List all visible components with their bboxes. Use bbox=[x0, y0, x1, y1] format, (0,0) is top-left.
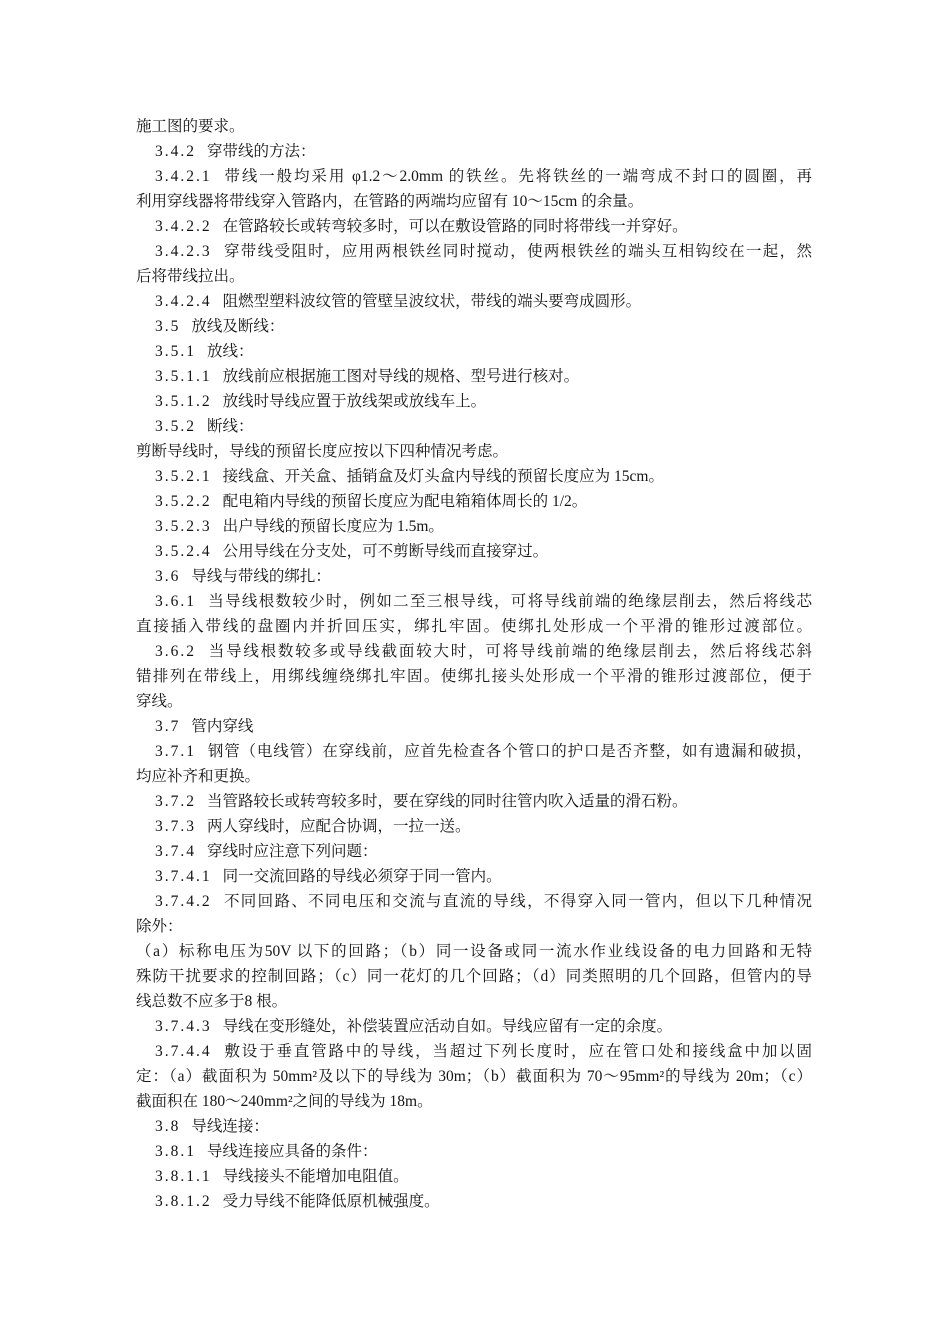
clause-number: 3.5.2.3 bbox=[155, 518, 212, 535]
clause-number: 3.7.4.3 bbox=[155, 1018, 212, 1035]
clause-number: 3.8.1.2 bbox=[155, 1193, 212, 1210]
document-content: 施工图的要求。3.4.2穿带线的方法：3.4.2.1带线一般均采用 φ1.2～2… bbox=[136, 114, 812, 1214]
clause-text: 穿线。 bbox=[136, 693, 183, 710]
document-line-numbered: 3.8.1.1导线接头不能增加电阻值。 bbox=[136, 1164, 812, 1189]
clause-text: 截面积在 180～240mm²之间的导线为 18m。 bbox=[136, 1093, 433, 1110]
clause-number: 3.4.2.3 bbox=[155, 243, 212, 260]
document-line-numbered: 3.5.2断线： bbox=[136, 414, 812, 439]
document-line: 殊防干扰要求的控制回路；（c）同一花灯的几个回路；（d）同类照明的几个回路，但管… bbox=[136, 964, 812, 989]
document-line-numbered: 3.5.2.4公用导线在分支处，可不剪断导线而直接穿过。 bbox=[136, 539, 812, 564]
clause-text: 直接插入带线的盘圈内并折回压实，绑扎牢固。使绑扎处形成一个平滑的锥形过渡部位。 bbox=[136, 618, 812, 635]
clause-text: 后将带线拉出。 bbox=[136, 268, 245, 285]
clause-text: 穿线时应注意下列问题： bbox=[207, 843, 378, 860]
document-page: 施工图的要求。3.4.2穿带线的方法：3.4.2.1带线一般均采用 φ1.2～2… bbox=[0, 0, 950, 1344]
clause-number: 3.5.2.4 bbox=[155, 543, 212, 560]
clause-text: 导线连接： bbox=[191, 1118, 269, 1135]
document-line-numbered: 3.6.1当导线根数较少时，例如二至三根导线，可将导线前端的绝缘层削去，然后将线… bbox=[136, 589, 812, 614]
document-line-numbered: 3.4.2.4阻燃型塑料波纹管的管壁呈波纹状，带线的端头要弯成圆形。 bbox=[136, 289, 812, 314]
clause-number: 3.5.2.2 bbox=[155, 493, 212, 510]
clause-text: 穿带线的方法： bbox=[207, 143, 316, 160]
document-line-numbered: 3.5.1放线： bbox=[136, 339, 812, 364]
clause-text: 当导线根数较少时，例如二至三根导线，可将导线前端的绝缘层削去，然后将线芯 bbox=[207, 593, 812, 610]
clause-number: 3.5.2.1 bbox=[155, 468, 212, 485]
document-line-numbered: 3.8.1.2受力导线不能降低原机械强度。 bbox=[136, 1189, 812, 1214]
clause-number: 3.8.1.1 bbox=[155, 1168, 212, 1185]
clause-text: 线总数不应多于8 根。 bbox=[136, 993, 287, 1010]
clause-number: 3.7.4.1 bbox=[155, 868, 212, 885]
clause-text: 断线： bbox=[207, 418, 254, 435]
clause-number: 3.7.3 bbox=[155, 818, 196, 835]
document-line: 直接插入带线的盘圈内并折回压实，绑扎牢固。使绑扎处形成一个平滑的锥形过渡部位。 bbox=[136, 614, 812, 639]
clause-text: 利用穿线器将带线穿入管路内，在管路的两端均应留有 10～15cm 的余量。 bbox=[136, 193, 643, 210]
document-line: 截面积在 180～240mm²之间的导线为 18m。 bbox=[136, 1089, 812, 1114]
clause-number: 3.5.2 bbox=[155, 418, 196, 435]
clause-text: 敷设于垂直管路中的导线，当超过下列长度时，应在管口处和接线盒中加以固 bbox=[223, 1043, 812, 1060]
clause-number: 3.8 bbox=[155, 1118, 180, 1135]
document-line-numbered: 3.4.2.1带线一般均采用 φ1.2～2.0mm 的铁丝。先将铁丝的一端弯成不… bbox=[136, 164, 812, 189]
clause-number: 3.4.2.4 bbox=[155, 293, 212, 310]
clause-text: 阻燃型塑料波纹管的管壁呈波纹状，带线的端头要弯成圆形。 bbox=[223, 293, 642, 310]
document-line-numbered: 3.5放线及断线： bbox=[136, 314, 812, 339]
document-line-numbered: 3.8导线连接： bbox=[136, 1114, 812, 1139]
document-line: 定：（a）截面积为 50mm²及以下的导线为 30m；（b）截面积为 70～95… bbox=[136, 1064, 812, 1089]
clause-text: 导线接头不能增加电阻值。 bbox=[223, 1168, 409, 1185]
clause-number: 3.7.4.2 bbox=[155, 893, 212, 910]
clause-number: 3.6.2 bbox=[155, 643, 196, 660]
document-line-numbered: 3.5.2.2配电箱内导线的预留长度应为配电箱箱体周长的 1/2。 bbox=[136, 489, 812, 514]
clause-text: 受力导线不能降低原机械强度。 bbox=[223, 1193, 440, 1210]
clause-text: 导线在变形缝处，补偿装置应活动自如。导线应留有一定的余度。 bbox=[223, 1018, 673, 1035]
clause-text: 管内穿线 bbox=[191, 718, 253, 735]
document-line-numbered: 3.5.2.1接线盒、开关盒、插销盒及灯头盒内导线的预留长度应为 15cm。 bbox=[136, 464, 812, 489]
clause-number: 3.7.2 bbox=[155, 793, 196, 810]
clause-text: 带线一般均采用 φ1.2～2.0mm 的铁丝。先将铁丝的一端弯成不封口的圆圈，再 bbox=[223, 168, 812, 185]
clause-text: 同一交流回路的导线必须穿于同一管内。 bbox=[223, 868, 502, 885]
clause-text: 出户导线的预留长度应为 1.5m。 bbox=[223, 518, 444, 535]
document-line: 剪断导线时，导线的预留长度应按以下四种情况考虑。 bbox=[136, 439, 812, 464]
clause-text: 公用导线在分支处，可不剪断导线而直接穿过。 bbox=[223, 543, 549, 560]
document-line-numbered: 3.4.2.3穿带线受阻时，应用两根铁丝同时搅动，使两根铁丝的端头互相钩绞在一起… bbox=[136, 239, 812, 264]
clause-text: 穿带线受阻时，应用两根铁丝同时搅动，使两根铁丝的端头互相钩绞在一起，然 bbox=[223, 243, 812, 260]
document-line-numbered: 3.5.2.3出户导线的预留长度应为 1.5m。 bbox=[136, 514, 812, 539]
document-line-numbered: 3.7.4.1同一交流回路的导线必须穿于同一管内。 bbox=[136, 864, 812, 889]
clause-number: 3.7.4.4 bbox=[155, 1043, 212, 1060]
clause-number: 3.5.1.1 bbox=[155, 368, 212, 385]
clause-number: 3.5 bbox=[155, 318, 180, 335]
clause-number: 3.6.1 bbox=[155, 593, 196, 610]
document-line: 后将带线拉出。 bbox=[136, 264, 812, 289]
document-line-numbered: 3.7.4.3导线在变形缝处，补偿装置应活动自如。导线应留有一定的余度。 bbox=[136, 1014, 812, 1039]
clause-number: 3.4.2 bbox=[155, 143, 196, 160]
clause-text: 殊防干扰要求的控制回路；（c）同一花灯的几个回路；（d）同类照明的几个回路，但管… bbox=[136, 968, 812, 985]
clause-text: 错排列在带线上，用绑线缠绕绑扎牢固。使绑扎接头处形成一个平滑的锥形过渡部位，便于 bbox=[136, 668, 812, 685]
clause-number: 3.6 bbox=[155, 568, 180, 585]
clause-text: 放线时导线应置于放线架或放线车上。 bbox=[223, 393, 487, 410]
document-line-numbered: 3.7管内穿线 bbox=[136, 714, 812, 739]
document-line: 错排列在带线上，用绑线缠绕绑扎牢固。使绑扎接头处形成一个平滑的锥形过渡部位，便于 bbox=[136, 664, 812, 689]
clause-text: 导线连接应具备的条件： bbox=[207, 1143, 378, 1160]
clause-text: （a）标称电压为50V 以下的回路；（b）同一设备或同一流水作业线设备的电力回路… bbox=[136, 943, 812, 960]
document-line-numbered: 3.7.2当管路较长或转弯较多时，要在穿线的同时往管内吹入适量的滑石粉。 bbox=[136, 789, 812, 814]
clause-text: 放线及断线： bbox=[191, 318, 284, 335]
document-line-numbered: 3.5.1.2放线时导线应置于放线架或放线车上。 bbox=[136, 389, 812, 414]
document-line-numbered: 3.7.1钢管（电线管）在穿线前，应首先检查各个管口的护口是否齐整，如有遗漏和破… bbox=[136, 739, 812, 764]
document-line-numbered: 3.7.4.4敷设于垂直管路中的导线，当超过下列长度时，应在管口处和接线盒中加以… bbox=[136, 1039, 812, 1064]
clause-number: 3.5.1.2 bbox=[155, 393, 212, 410]
document-line-numbered: 3.4.2.2在管路较长或转弯较多时，可以在敷设管路的同时将带线一并穿好。 bbox=[136, 214, 812, 239]
clause-text: 在管路较长或转弯较多时，可以在敷设管路的同时将带线一并穿好。 bbox=[223, 218, 688, 235]
clause-number: 3.7 bbox=[155, 718, 180, 735]
clause-text: 钢管（电线管）在穿线前，应首先检查各个管口的护口是否齐整，如有遗漏和破损， bbox=[207, 743, 812, 760]
clause-text: 定：（a）截面积为 50mm²及以下的导线为 30m；（b）截面积为 70～95… bbox=[136, 1068, 812, 1085]
clause-text: 当导线根数较多或导线截面较大时，可将导线前端的绝缘层削去，然后将线芯斜 bbox=[207, 643, 812, 660]
document-line: 均应补齐和更换。 bbox=[136, 764, 812, 789]
clause-text: 施工图的要求。 bbox=[136, 118, 245, 135]
clause-text: 除外： bbox=[136, 918, 183, 935]
clause-text: 放线： bbox=[207, 343, 254, 360]
document-line: （a）标称电压为50V 以下的回路；（b）同一设备或同一流水作业线设备的电力回路… bbox=[136, 939, 812, 964]
clause-text: 配电箱内导线的预留长度应为配电箱箱体周长的 1/2。 bbox=[223, 493, 588, 510]
document-line-numbered: 3.7.4.2不同回路、不同电压和交流与直流的导线，不得穿入同一管内，但以下几种… bbox=[136, 889, 812, 914]
document-line: 线总数不应多于8 根。 bbox=[136, 989, 812, 1014]
clause-text: 不同回路、不同电压和交流与直流的导线，不得穿入同一管内，但以下几种情况 bbox=[223, 893, 812, 910]
document-line: 穿线。 bbox=[136, 689, 812, 714]
document-line-numbered: 3.6.2当导线根数较多或导线截面较大时，可将导线前端的绝缘层削去，然后将线芯斜 bbox=[136, 639, 812, 664]
document-line-numbered: 3.7.3两人穿线时，应配合协调，一拉一送。 bbox=[136, 814, 812, 839]
clause-text: 放线前应根据施工图对导线的规格、型号进行核对。 bbox=[223, 368, 580, 385]
clause-text: 两人穿线时，应配合协调，一拉一送。 bbox=[207, 818, 471, 835]
document-line-numbered: 3.8.1导线连接应具备的条件： bbox=[136, 1139, 812, 1164]
document-line-numbered: 3.4.2穿带线的方法： bbox=[136, 139, 812, 164]
document-line: 施工图的要求。 bbox=[136, 114, 812, 139]
clause-text: 当管路较长或转弯较多时，要在穿线的同时往管内吹入适量的滑石粉。 bbox=[207, 793, 688, 810]
clause-text: 均应补齐和更换。 bbox=[136, 768, 260, 785]
clause-number: 3.4.2.2 bbox=[155, 218, 212, 235]
clause-text: 接线盒、开关盒、插销盒及灯头盒内导线的预留长度应为 15cm。 bbox=[223, 468, 664, 485]
clause-text: 导线与带线的绑扎： bbox=[191, 568, 331, 585]
document-line-numbered: 3.5.1.1放线前应根据施工图对导线的规格、型号进行核对。 bbox=[136, 364, 812, 389]
document-line-numbered: 3.6导线与带线的绑扎： bbox=[136, 564, 812, 589]
document-line: 除外： bbox=[136, 914, 812, 939]
document-line: 利用穿线器将带线穿入管路内，在管路的两端均应留有 10～15cm 的余量。 bbox=[136, 189, 812, 214]
clause-text: 剪断导线时，导线的预留长度应按以下四种情况考虑。 bbox=[136, 443, 508, 460]
clause-number: 3.8.1 bbox=[155, 1143, 196, 1160]
clause-number: 3.7.4 bbox=[155, 843, 196, 860]
clause-number: 3.5.1 bbox=[155, 343, 196, 360]
clause-number: 3.7.1 bbox=[155, 743, 196, 760]
clause-number: 3.4.2.1 bbox=[155, 168, 212, 185]
document-line-numbered: 3.7.4穿线时应注意下列问题： bbox=[136, 839, 812, 864]
